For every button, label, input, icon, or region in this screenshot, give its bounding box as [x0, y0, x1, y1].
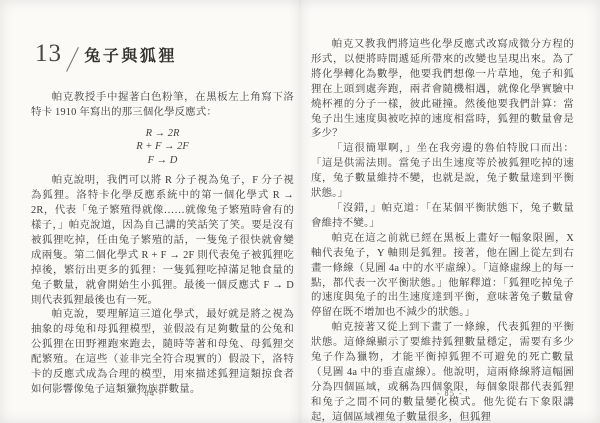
page-number: - 84 - — [0, 389, 300, 398]
chapter-slash-divider — [66, 47, 79, 72]
left-page: 13 兔子與狐狸 帕克教授手中握著白色粉筆，在黑板左上角寫下洛特卡 1910 年… — [0, 0, 300, 423]
paragraph: 帕克說明，我們可以將 R 分子視為兔子，F 分子視為狐狸。洛特卡化學反應系統中的… — [31, 174, 294, 308]
formula-line: R + F → 2F — [31, 140, 294, 154]
page-number: - 85 - — [300, 389, 600, 398]
chapter-number: 13 — [35, 41, 62, 67]
formula-line: R → 2R — [31, 127, 294, 141]
left-page-content: 13 兔子與狐狸 帕克教授手中握著白色粉筆，在黑板左上角寫下洛特卡 1910 年… — [31, 38, 294, 398]
paragraph: 帕克又教我們將這些化學反應式改寫成微分方程的形式，以便將時間遞延所帶來的改變也呈… — [311, 38, 574, 142]
paragraph: 帕克接著又從上到下畫了一條線，代表狐狸的平衡狀態。這條線顯示了要維持狐狸數量穩定… — [311, 321, 574, 423]
paragraph: 「這很簡單啊，」坐在我旁邊的魯伯特脫口而出：「這是供需法則。當兔子出生速度等於被… — [311, 142, 574, 202]
formula-line: F → D — [31, 154, 294, 168]
paragraph: 帕克說，要理解這三道化學式，最好就是將之視為抽象的母兔和母狐狸模型，並假設有足夠… — [31, 308, 294, 397]
paragraph: 帕克教授手中握著白色粉筆，在黑板左上角寫下洛特卡 1910 年寫出的那三個化學反… — [31, 91, 294, 121]
book-spread: 13 兔子與狐狸 帕克教授手中握著白色粉筆，在黑板左上角寫下洛特卡 1910 年… — [0, 0, 600, 423]
right-page: 帕克又教我們將這些化學反應式改寫成微分方程的形式，以便將時間遞延所帶來的改變也呈… — [300, 0, 600, 423]
paragraph: 「沒錯，」帕克道：「在某個平衡狀態下，兔子數量會維持不變。」 — [311, 202, 574, 232]
chapter-title: 兔子與狐狸 — [84, 43, 177, 66]
chapter-header: 13 兔子與狐狸 — [35, 41, 294, 67]
paragraph: 帕克在這之前就已經在黑板上畫好一幅象限圖，X 軸代表兔子，Y 軸則是狐狸。接著，… — [311, 232, 574, 321]
reaction-formulas: R → 2R R + F → 2F F → D — [31, 127, 294, 168]
right-page-content: 帕克又教我們將這些化學反應式改寫成微分方程的形式，以便將時間遞延所帶來的改變也呈… — [311, 38, 574, 423]
